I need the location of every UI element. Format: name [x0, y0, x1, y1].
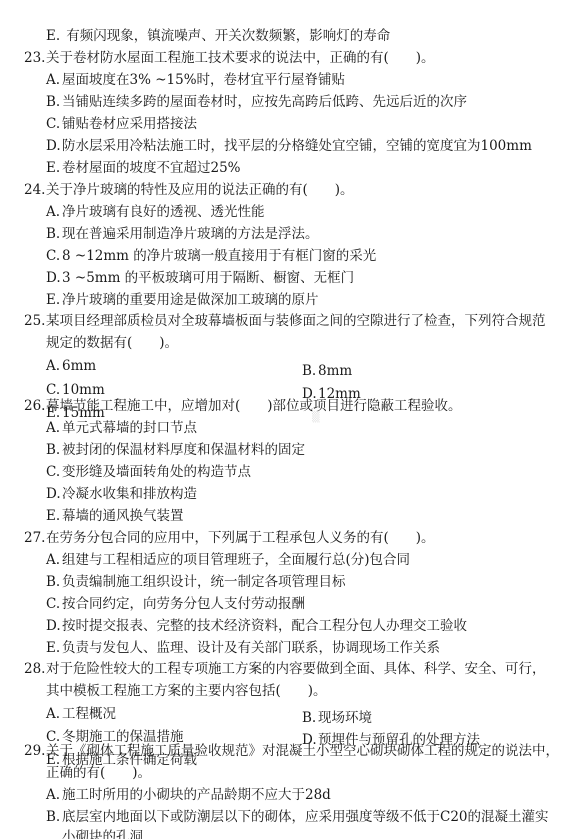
- question-stem-line-1: 某项目经理部质检员对全玻幕墙板面与装修面之间的空隙进行了检查，下列符合规范: [46, 312, 546, 330]
- option-b: B.现在普遍采用制造净片玻璃的方法是浮法。: [46, 225, 319, 243]
- option-e: E.15mm: [46, 404, 105, 422]
- option-text: 6mm: [62, 358, 96, 374]
- option-label: D.: [46, 137, 62, 155]
- option-text: 净片玻璃有良好的透视、透光性能: [62, 204, 265, 220]
- option-label: B.: [46, 225, 62, 243]
- option-c: C.8 ~12mm 的净片玻璃一般直接用于有框门窗的采光: [46, 247, 376, 265]
- option-d: D.防水层采用冷粘法施工时，找平层的分格缝处宜空铺，空铺的宽度宜为100mm: [46, 137, 532, 155]
- option-label: C.: [46, 381, 62, 399]
- option-text: 屋面坡度在3% ~15%时，卷材宜平行屋脊铺贴: [62, 72, 345, 88]
- option-text: 铺贴卷材应采用搭接法: [62, 116, 197, 132]
- option-b: B.当铺贴连续多跨的屋面卷材时，应按先高跨后低跨、先远后近的次序: [46, 93, 467, 111]
- option-label: E.: [46, 159, 62, 177]
- option-e: E.净片玻璃的重要用途是做深加工玻璃的原片: [46, 291, 319, 309]
- option-label: E.: [46, 404, 62, 422]
- question-number: 25.: [24, 312, 45, 330]
- option-text: 净片玻璃的重要用途是做深加工玻璃的原片: [62, 292, 319, 308]
- option-label: A.: [46, 71, 62, 89]
- option-label: B.: [302, 362, 318, 380]
- option-a: A.6mm: [46, 357, 96, 375]
- option-text: 15mm: [62, 405, 105, 421]
- option-label: E.: [46, 27, 62, 45]
- option-b: B.8mm: [302, 362, 352, 380]
- option-text: 现在普遍采用制造净片玻璃的方法是浮法。: [62, 226, 319, 242]
- option-text: 12mm: [318, 386, 361, 402]
- previous-question-option-e: E. 有频闪现象，镇流噪声、开关次数频繁，影响灯的寿命: [46, 27, 390, 45]
- question-stem: 关于净片玻璃的特性及应用的说法正确的有( )。: [46, 181, 354, 199]
- option-text: 8mm: [318, 363, 352, 379]
- option-e: E.卷材屋面的坡度不宜超过25%: [46, 159, 241, 177]
- exam-page: E. 有频闪现象，镇流噪声、开关次数频繁，影响灯的寿命 23. 关于卷材防水屋面…: [0, 0, 580, 839]
- option-text: 10mm: [62, 382, 105, 398]
- option-text: 当铺贴连续多跨的屋面卷材时，应按先高跨后低跨、先远后近的次序: [62, 94, 467, 110]
- option-a: A.净片玻璃有良好的透视、透光性能: [46, 203, 265, 221]
- option-text: 有频闪现象，镇流噪声、开关次数频繁，影响灯的寿命: [66, 28, 390, 44]
- option-d: D.12mm: [302, 385, 361, 403]
- option-label: D.: [302, 385, 318, 403]
- option-label: B.: [46, 93, 62, 111]
- question-number: 23.: [24, 49, 45, 67]
- option-label: A.: [46, 357, 62, 375]
- question-number: 24.: [24, 181, 45, 199]
- option-text: 卷材屋面的坡度不宜超过25%: [62, 160, 241, 176]
- option-label: E.: [46, 291, 62, 309]
- option-label: C.: [46, 247, 62, 265]
- question-stem-line-2: 规定的数据有( )。: [46, 334, 178, 352]
- option-label: D.: [46, 269, 62, 287]
- option-label: C.: [46, 115, 62, 133]
- faint-watermark: ▒: [312, 412, 320, 423]
- option-text: 防水层采用冷粘法施工时，找平层的分格缝处宜空铺，空铺的宽度宜为100mm: [62, 138, 532, 154]
- option-text: 8 ~12mm 的净片玻璃一般直接用于有框门窗的采光: [62, 248, 376, 264]
- option-d: D.3 ~5mm 的平板玻璃可用于隔断、橱窗、无框门: [46, 269, 354, 287]
- option-c: C.铺贴卷材应采用搭接法: [46, 115, 197, 133]
- question-stem: 关于卷材防水屋面工程施工技术要求的说法中，正确的有( )。: [46, 49, 435, 67]
- option-text: 3 ~5mm 的平板玻璃可用于隔断、橱窗、无框门: [62, 270, 354, 286]
- option-a: A.屋面坡度在3% ~15%时，卷材宜平行屋脊铺贴: [46, 71, 345, 89]
- option-c: C.10mm: [46, 381, 105, 399]
- option-label: A.: [46, 203, 62, 221]
